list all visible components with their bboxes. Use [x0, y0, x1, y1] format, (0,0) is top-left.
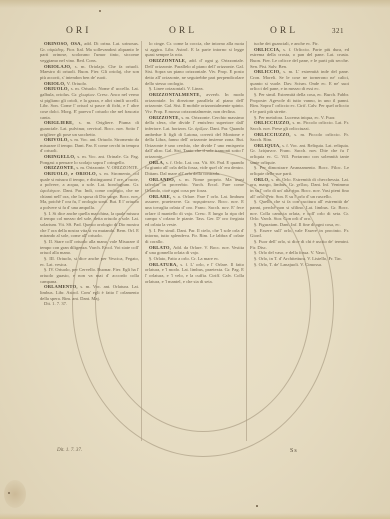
entry-headword: ORIOLO, — [44, 81, 67, 86]
dictionary-entry: §. Per dimostrare Avanzamento. Bocc. Fil… — [250, 165, 349, 176]
entry-headword: ORLANDO, — [149, 177, 179, 182]
column-middle: lo cinge. Cr. come la coccia, che intorn… — [145, 41, 244, 446]
entry-definition: s. m. Orizzonte. Cerchio massimo della s… — [145, 115, 244, 160]
dictionary-entry: ORLIQUIA, s. f. Voc. ant. Reliquia. Lat.… — [250, 143, 349, 166]
entry-definition: §. II. Stare coll' oriuolo alla mano, va… — [40, 239, 139, 255]
column-rule — [141, 41, 142, 441]
entry-definition: §. Per metafora. Lucerna iniqua, ec. V. … — [254, 115, 335, 120]
dictionary-entry: ORINGELLO, s. m. Voc. ant. Orinale. Gr. … — [40, 154, 139, 165]
dictionary-entry: Dit. 1. 7. 37. — [40, 301, 139, 307]
dictionary-entry: §. Per simil. Estremità della cosa, ec. … — [250, 92, 349, 115]
dictionary-entry: §. IV. Oriuolo, per Cervello. Buonar. Fi… — [40, 267, 139, 284]
dictionary-entry: ORLICCIUZZO, s. m. Piccolo orliccio. Fr.… — [250, 132, 349, 143]
dictionary-entry: ORIZZONTE, s. m. Orizzonte. Cerchio mass… — [145, 115, 244, 160]
entry-headword: ORIZZONTALMENTE, — [149, 92, 206, 97]
dictionary-entry: ORLA, s. f. Orlo. Lat. ora. Vit. SS. Pad… — [145, 160, 244, 177]
entry-definition: §. Orlo, T. de' Lanajuoli. V. Cimossa. — [254, 262, 322, 267]
entry-definition: Dit. 1. 7. 37. — [44, 301, 67, 306]
entry-headword: ORLO, — [254, 177, 271, 182]
scanned-dictionary-page: ORI ORL ORL 321 ORINOSO, OSA, add. Di or… — [0, 0, 390, 519]
entry-definition: s. m. Orizzonte. V. ORIZZONTE. — [76, 165, 138, 170]
entry-definition: tuche dei guanciali, e anche ec. Fir. — [254, 41, 319, 46]
entry-headword: ORIUOLO, — [44, 86, 71, 91]
entry-headword: ORLICCIUZZO, — [254, 132, 294, 137]
column-right: tuche dei guanciali, e anche ec. Fir.ORL… — [250, 41, 349, 446]
entry-definition: v. a. Orlare. Fare l' orlo. Lat. limbum … — [145, 194, 244, 227]
entry-definition: §. Orlo del vaso, e della fossa. V. Vaso… — [254, 250, 326, 255]
entry-definition: s. m. Oriuolo. Nome d' uccello. Lat. gal… — [40, 86, 139, 119]
entry-definition: lo cinge. Cr. come la coccia, che intorn… — [145, 41, 244, 57]
dictionary-entry: §. III. Oriuolo, si dice anche per Vesci… — [40, 256, 139, 267]
entry-headword: ORLATO, — [149, 245, 173, 250]
header-center-guide-word: ORL — [169, 26, 197, 36]
dictionary-entry: §. Essere sull' orlo, vale Essere in pro… — [250, 228, 349, 239]
entry-definition: §. Quello che si fa con cucitura all' es… — [250, 199, 349, 221]
entry-definition: §. I. Si dice anche quella macchina, la … — [40, 211, 139, 239]
dictionary-entry: ORIZZONTALE, add. d' ogni g. Orizzontale… — [145, 58, 244, 86]
paper-stain — [4, 480, 26, 508]
column-rule — [246, 41, 247, 441]
header-left-guide-word: ORI — [66, 26, 91, 36]
ink-speck — [8, 492, 10, 494]
entry-headword: ORLAMENTO, — [44, 284, 80, 289]
running-header: ORI ORL ORL 321 — [40, 26, 350, 40]
entry-headword: ORLICCIO, — [254, 69, 283, 74]
dictionary-entry: ORIUOLO, e ORIOLO, s. m. Stromento, col … — [40, 171, 139, 211]
entry-headword: ORIGLIERE, — [44, 120, 79, 125]
dictionary-entry: ORLATURA, s. f. L' orlo, e l' Orlare. Il… — [145, 262, 244, 285]
entry-headword: ORINOSO, OSA, — [44, 41, 84, 46]
page-number: 321 — [332, 27, 344, 35]
dictionary-entry: ORLICCIUZZO, s. m. Piccolo orliccio. Lat… — [250, 120, 349, 131]
entry-headword: ORLARE, — [149, 194, 173, 199]
entry-headword: ORLICCIUZZO, — [254, 120, 292, 125]
page-top-edge — [0, 0, 390, 8]
dictionary-entry: §. I. Si dice anche quella macchina, la … — [40, 211, 139, 239]
dictionary-entry: §. I. Per simil. Dant. Par. Il cielo, ch… — [145, 228, 244, 245]
entry-headword: ORLICCIA, — [254, 47, 283, 52]
entry-definition: §. IV. Oriuolo, per Cervello. Buonar. Fi… — [40, 267, 139, 283]
dictionary-entry: ORLANDO, s. m. Nome proprio. Ma usasi ta… — [145, 177, 244, 194]
dictionary-entry: ORLAMENTO, s. m. Voc. ant. Orlatura. Lat… — [40, 284, 139, 301]
entry-definition: §. Essere sull' orlo, vale Essere in pro… — [250, 228, 349, 239]
entry-headword: ORLIQUIA, — [254, 143, 282, 148]
dictionary-entry: lo cinge. Cr. come la coccia, che intorn… — [145, 41, 244, 58]
dictionary-entry: ORLO, s. m. Orlo. Estremità di checchess… — [250, 177, 349, 200]
dictionary-entry: §. Orlo, T. de' Lanajuoli. V. Cimossa. — [250, 262, 349, 268]
page-bottom-edge — [0, 513, 390, 519]
entry-definition: s. m. Stromento, col quale si misura il … — [40, 171, 139, 210]
column-left: ORINOSO, OSA, add. Di orina. Lat. urinos… — [40, 41, 139, 446]
dictionary-entry: ORIZZONTALMENTE, avverb. In modo orizzon… — [145, 92, 244, 115]
dictionary-entry: ORLATO, Add. da Orlare. V. Bocc. nov. Ve… — [145, 245, 244, 256]
dictionary-entry: ORIVOLO, s. m. Voc. ant. Oriuolo. Strome… — [40, 137, 139, 154]
catchword: Dit. 1. 7. 37. — [57, 448, 82, 453]
text-columns: ORINOSO, OSA, add. Di orina. Lat. urinos… — [40, 41, 350, 446]
entry-definition: §. III. Oriuolo, si dice anche per Vesci… — [40, 256, 139, 267]
entry-definition: §. Per simil. Estremità della cosa, ec. … — [250, 92, 349, 114]
ink-speck — [99, 10, 101, 12]
entry-definition: §. Per dimostrare Avanzamento. Bocc. Fil… — [250, 165, 349, 176]
entry-definition: §. Orlato, Fatto a orlo. Cr. La mare ec. — [149, 256, 219, 261]
entry-definition: §. Orlo, in T. d' Architettura. V. Liste… — [254, 256, 342, 261]
dictionary-entry: ORIUOLO, s. m. Oriuolo. Nome d' uccello.… — [40, 86, 139, 120]
entry-headword: ORLA, — [149, 160, 166, 165]
dictionary-entry: ORINOSO, OSA, add. Di orina. Lat. urinos… — [40, 41, 139, 64]
dictionary-entry: §. Quello che si fa con cucitura all' es… — [250, 199, 349, 222]
entry-headword: ORIZZONTE, — [149, 115, 181, 120]
entry-definition: §. Figuratam. Dant. Inf. Il fine di ogni… — [254, 222, 341, 227]
entry-definition: V. Oriuolo. — [67, 81, 87, 86]
signature-mark: Ss — [290, 448, 298, 454]
dictionary-entry: ORLICCIA, s. f. Orliccio. Parte più dura… — [250, 47, 349, 70]
entry-definition: §. Linee orizzontali. V. Linea. — [149, 86, 204, 91]
entry-definition: §. Fuor dell' orlo, si dice di chi è usc… — [250, 239, 349, 250]
entry-headword: ORIOLAJO, — [44, 64, 75, 69]
dictionary-entry: §. Fuor dell' orlo, si dice di chi è usc… — [250, 239, 349, 250]
header-right-guide-word: ORL — [270, 26, 298, 36]
entry-headword: ORIVOLO, — [44, 137, 70, 142]
entry-headword: ORIZZONTE, — [44, 165, 76, 170]
entry-definition: §. I. Per simil. Dant. Par. Il cielo, ch… — [145, 228, 244, 244]
dictionary-entry: §. II. Stare coll' oriuolo alla mano, va… — [40, 239, 139, 256]
dictionary-entry: ORIOLAJO, s. m. Oriolajo. Che fa oriuoli… — [40, 64, 139, 81]
dictionary-entry: ORLICCIO, s. m. L' estremità inde del pa… — [250, 69, 349, 92]
entry-headword: ORLATURA, — [149, 262, 180, 267]
entry-headword: ORIUOLO, e ORIOLO, — [44, 171, 99, 176]
entry-headword: ORINGELLO, — [44, 154, 77, 159]
dictionary-entry: ORIGLIERE, s. m. Origliere. Piuma di gua… — [40, 120, 139, 137]
ink-speck — [256, 505, 258, 507]
dictionary-entry: ORLARE, v. a. Orlare. Fare l' orlo. Lat.… — [145, 194, 244, 228]
entry-headword: ORIZZONTALE, — [149, 58, 189, 63]
